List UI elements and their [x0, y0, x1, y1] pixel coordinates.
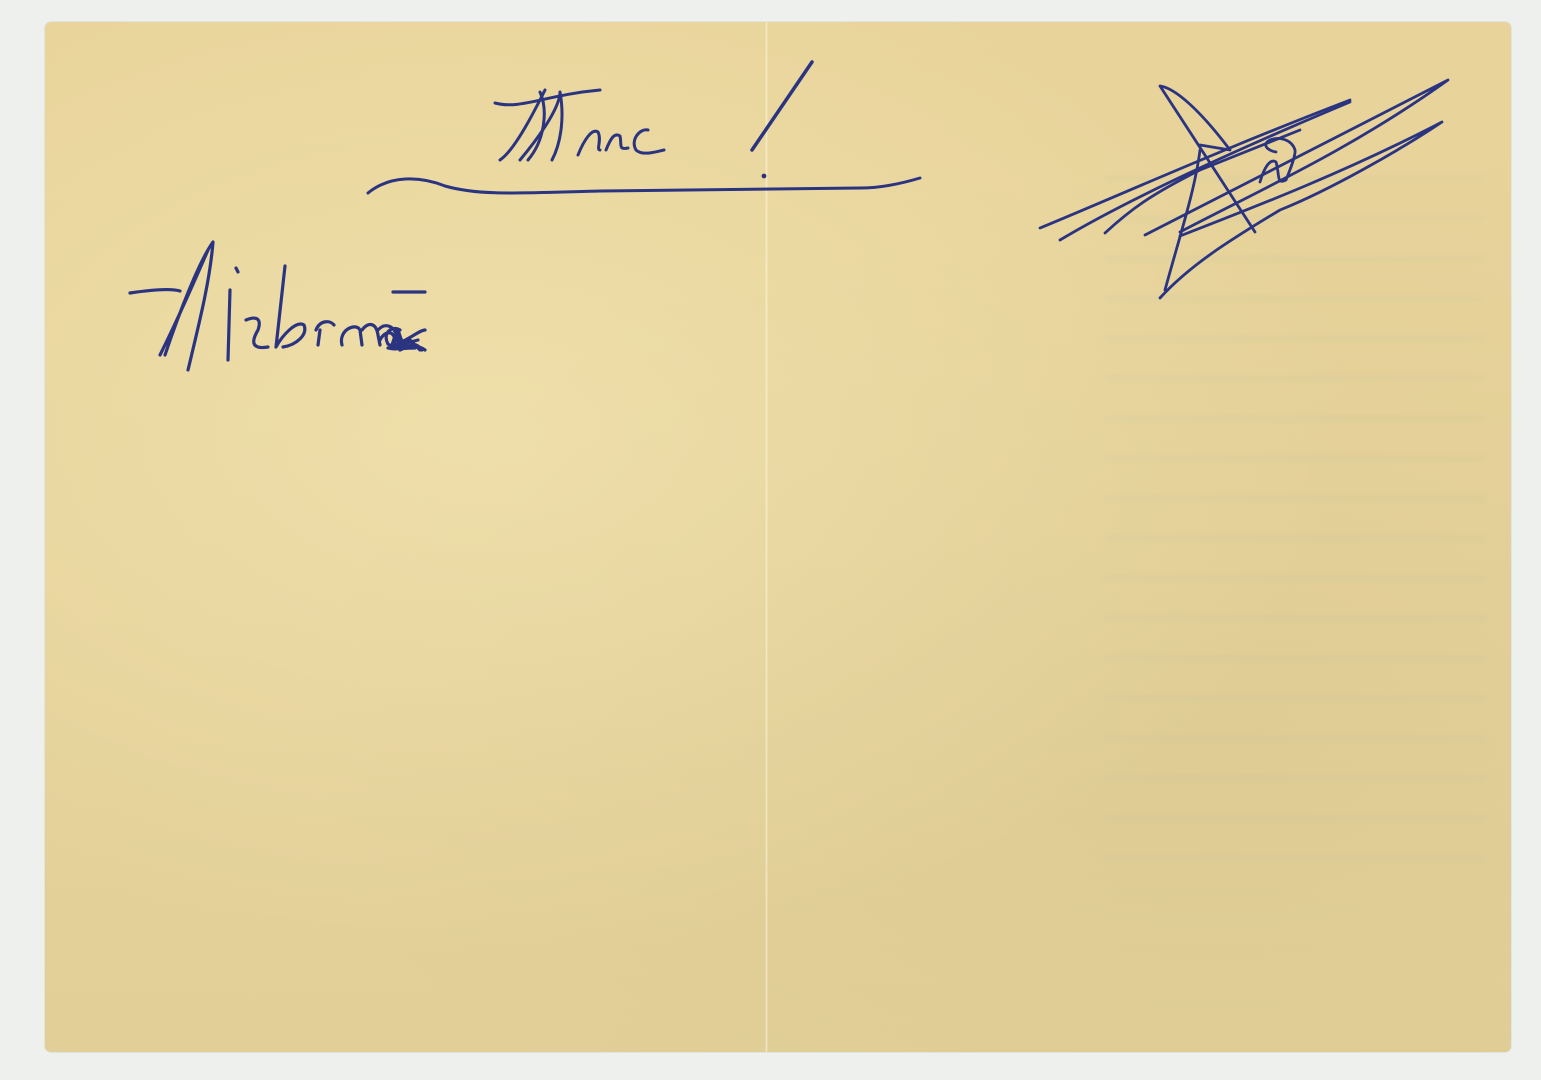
- handwriting-ink: [0, 0, 1541, 1080]
- corner-flourish-strokes: [1040, 80, 1448, 298]
- salutation-underline: [368, 178, 920, 193]
- line-1-strokes: [130, 242, 425, 370]
- salutation-strokes: [495, 62, 812, 178]
